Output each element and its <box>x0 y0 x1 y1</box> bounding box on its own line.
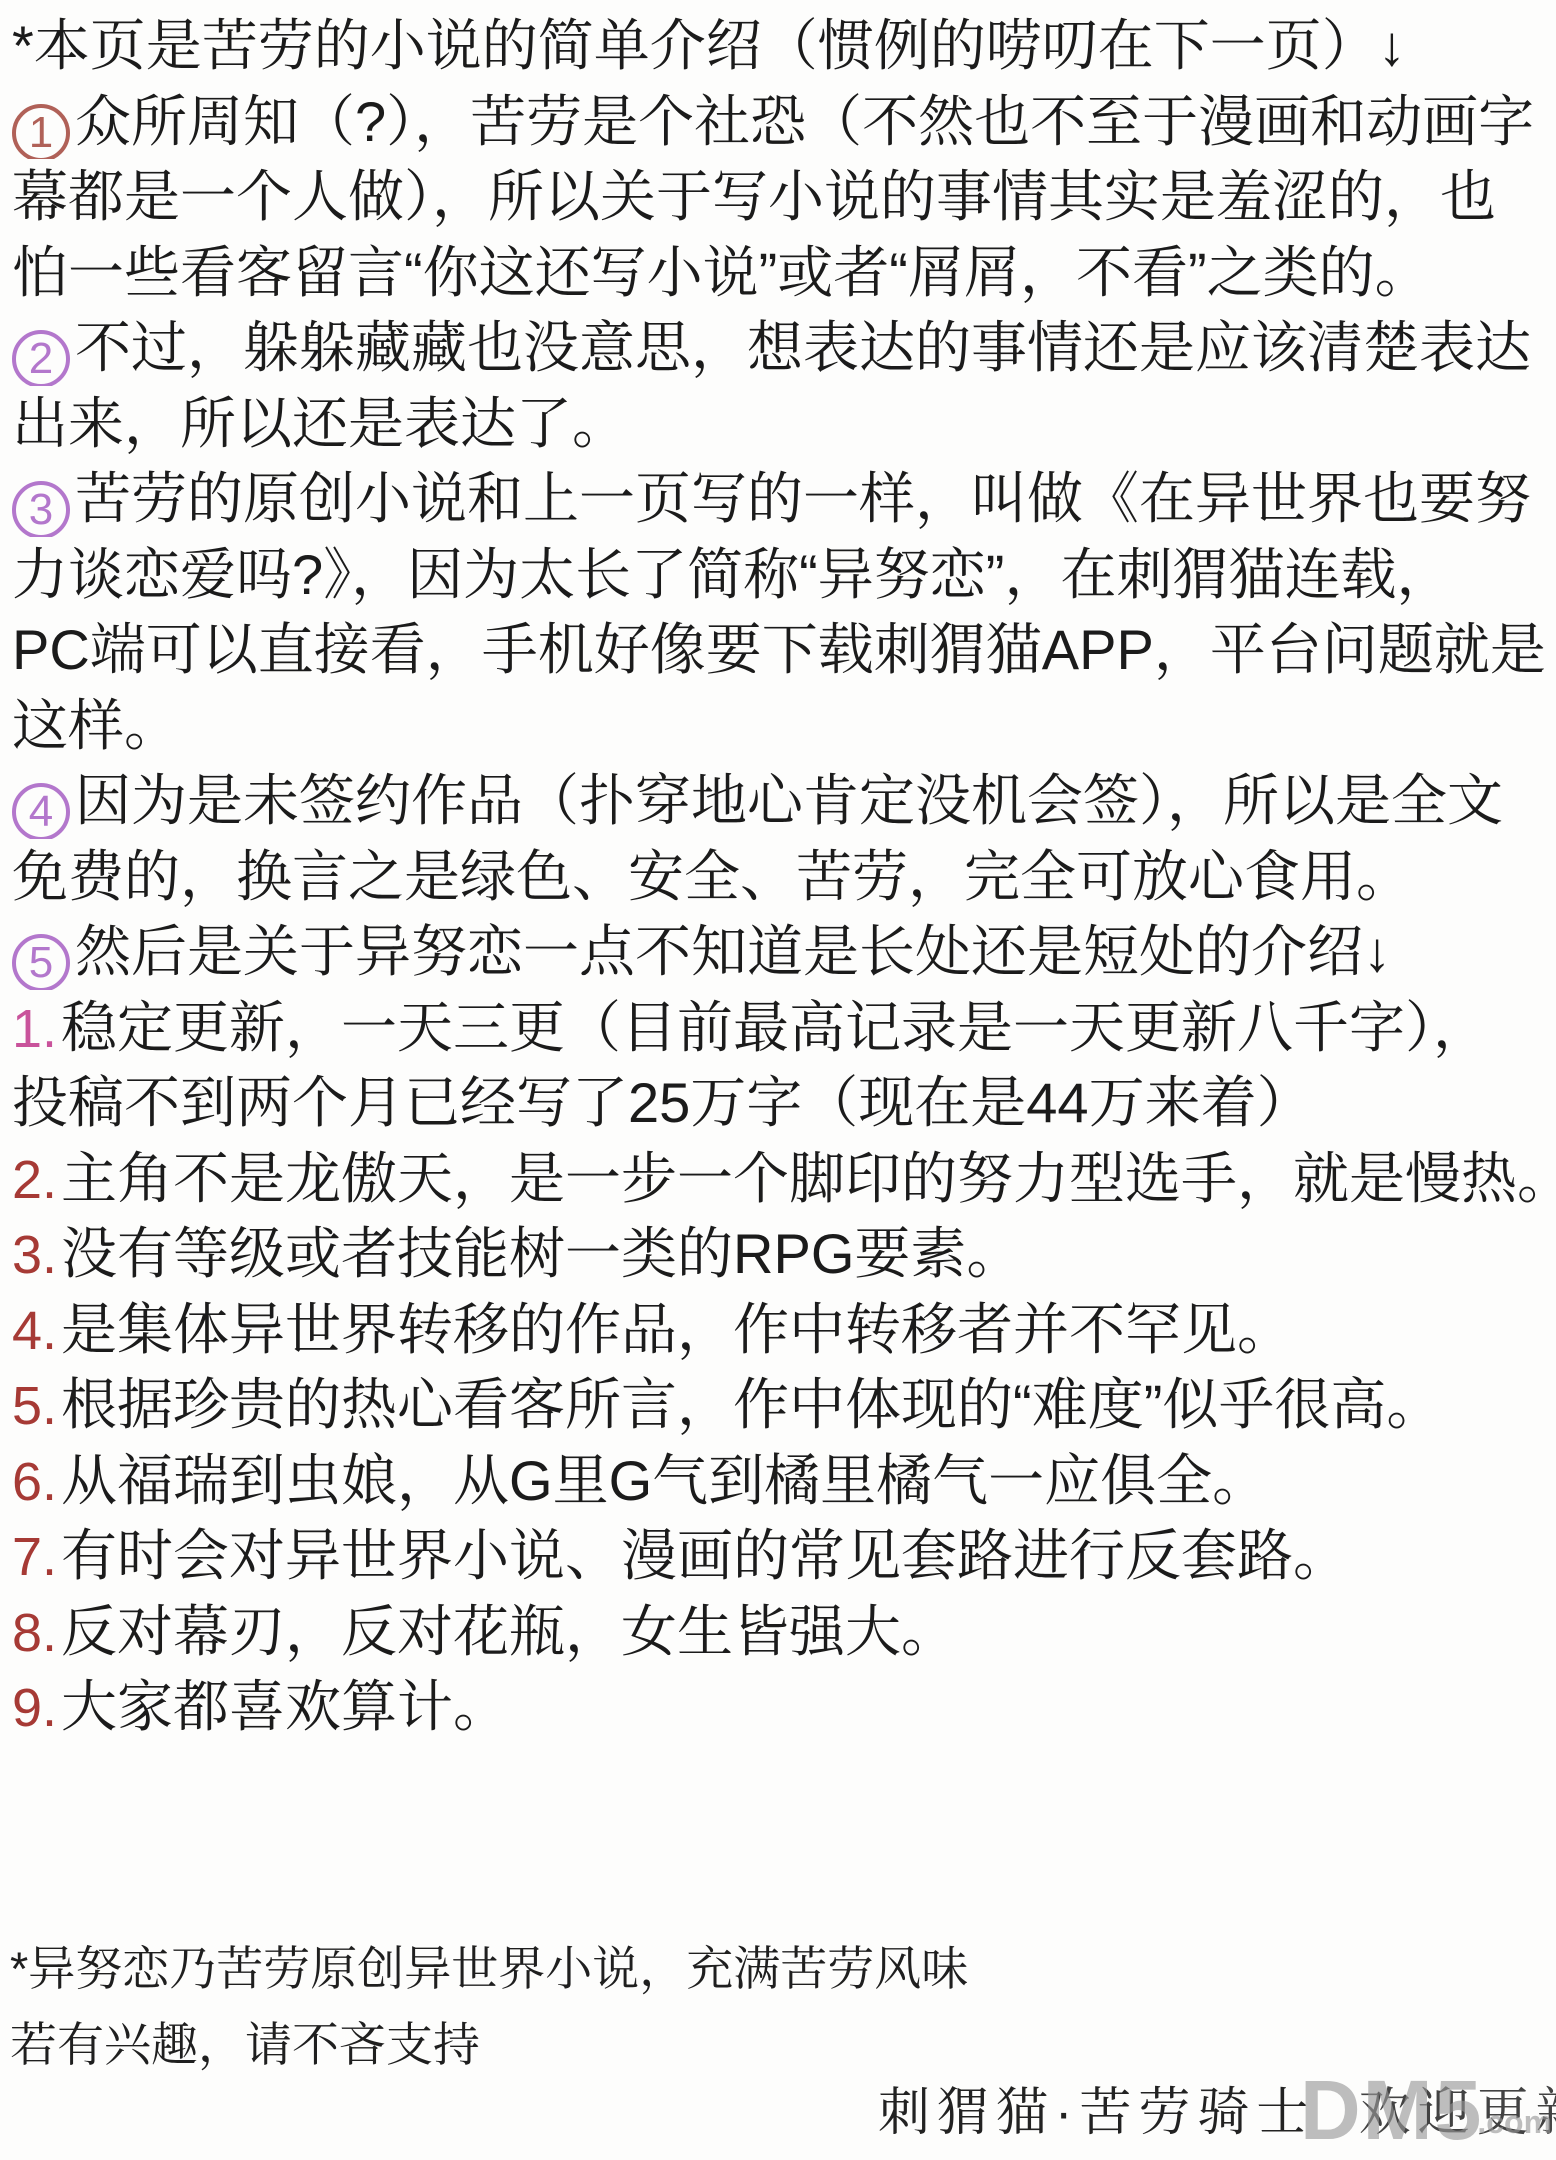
line-text: 众所周知（?），苦劳是个社恐（不然也不至于漫画和动画字 <box>75 90 1534 153</box>
dm5-watermark: DM5.com <box>1300 2062 1552 2159</box>
text-line: 3苦劳的原创小说和上一页写的一样，叫做《在异世界也要努 <box>12 461 1556 537</box>
line-text: 投稿不到两个月已经写了25万字（现在是44万来着） <box>12 1071 1313 1134</box>
line-text: 免费的，换言之是绿色、安全、苦劳，完全可放心食用。 <box>12 845 1412 908</box>
list-number-marker: 6. <box>12 1445 57 1519</box>
text-line: 1.稳定更新，一天三更（目前最高记录是一天更新八千字）， <box>12 990 1556 1066</box>
text-line: 4.是集体异世界转移的作品，作中转移者并不罕见。 <box>12 1292 1556 1368</box>
line-text: 有时会对异世界小说、漫画的常见套路进行反套路。 <box>61 1524 1349 1587</box>
line-text: 没有等级或者技能树一类的RPG要素。 <box>61 1222 1022 1285</box>
line-text: PC端可以直接看，手机好像要下载刺猬猫APP，平台问题就是 <box>12 618 1546 681</box>
text-line: *本页是苦劳的小说的简单介绍（惯例的唠叨在下一页）↓ <box>12 8 1556 84</box>
text-line: 力谈恋爱吗?》，因为太长了简称“异努恋”，在刺猬猫连载， <box>12 537 1556 613</box>
line-text: 幕都是一个人做），所以关于写小说的事情其实是羞涩的，也 <box>12 165 1496 228</box>
line-text: *本页是苦劳的小说的简单介绍（惯例的唠叨在下一页）↓ <box>12 14 1406 77</box>
footer-note-1: *异努恋乃苦劳原创异世界小说，充满苦劳风味 <box>10 1932 968 1999</box>
watermark-domain-suffix: .com <box>1477 2104 1552 2140</box>
text-line: 8.反对幕刃，反对花瓶，女生皆强大。 <box>12 1594 1556 1670</box>
text-line: 怕一些看客留言“你这还写小说”或者“屑屑，不看”之类的。 <box>12 235 1556 311</box>
text-line: 投稿不到两个月已经写了25万字（现在是44万来着） <box>12 1065 1556 1141</box>
line-text: 主角不是龙傲天，是一步一个脚印的努力型选手，就是慢热。 <box>61 1147 1556 1210</box>
list-number-marker: 5. <box>12 1369 57 1443</box>
footer-note-2: 若有兴趣，请不吝支持 <box>10 2008 480 2075</box>
intro-text-block: *本页是苦劳的小说的简单介绍（惯例的唠叨在下一页）↓1众所周知（?），苦劳是个社… <box>12 8 1556 1745</box>
list-number-marker: 2. <box>12 1143 57 1217</box>
list-number-marker: 4. <box>12 1294 57 1368</box>
text-line: 这样。 <box>12 688 1556 764</box>
text-line: 2不过，躲躲藏藏也没意思，想表达的事情还是应该清楚表达 <box>12 310 1556 386</box>
list-number-marker: 8. <box>12 1596 57 1670</box>
line-text: 反对幕刃，反对花瓶，女生皆强大。 <box>61 1600 957 1663</box>
line-text: 稳定更新，一天三更（目前最高记录是一天更新八千字）， <box>61 996 1489 1059</box>
line-text: 怕一些看客留言“你这还写小说”或者“屑屑，不看”之类的。 <box>12 241 1431 304</box>
watermark-logo-text: DM5 <box>1300 2063 1483 2157</box>
line-text: 力谈恋爱吗?》，因为太长了简称“异努恋”，在刺猬猫连载， <box>12 543 1452 606</box>
text-line: 9.大家都喜欢算计。 <box>12 1669 1556 1745</box>
line-text: 这样。 <box>12 694 180 757</box>
list-number-marker: 1. <box>12 992 57 1066</box>
novel-intro-page: *本页是苦劳的小说的简单介绍（惯例的唠叨在下一页）↓1众所周知（?），苦劳是个社… <box>0 0 1556 2160</box>
text-line: 5然后是关于异努恋一点不知道是长处还是短处的介绍↓ <box>12 914 1556 990</box>
circled-number-marker: 5 <box>12 934 70 990</box>
text-line: 免费的，换言之是绿色、安全、苦劳，完全可放心食用。 <box>12 839 1556 915</box>
text-line: 1众所周知（?），苦劳是个社恐（不然也不至于漫画和动画字 <box>12 84 1556 160</box>
text-line: 幕都是一个人做），所以关于写小说的事情其实是羞涩的，也 <box>12 159 1556 235</box>
line-text: 不过，躲躲藏藏也没意思，想表达的事情还是应该清楚表达 <box>75 316 1531 379</box>
line-text: 苦劳的原创小说和上一页写的一样，叫做《在异世界也要努 <box>75 467 1531 530</box>
text-line: 5.根据珍贵的热心看客所言，作中体现的“难度”似乎很高。 <box>12 1367 1556 1443</box>
list-number-marker: 9. <box>12 1671 57 1745</box>
circled-number-marker: 1 <box>12 104 70 160</box>
line-text: 大家都喜欢算计。 <box>61 1675 509 1738</box>
list-number-marker: 3. <box>12 1218 57 1292</box>
text-line: 7.有时会对异世界小说、漫画的常见套路进行反套路。 <box>12 1518 1556 1594</box>
circled-number-marker: 2 <box>12 330 70 386</box>
text-line: 4因为是未签约作品（扑穿地心肯定没机会签），所以是全文 <box>12 763 1556 839</box>
text-line: 出来，所以还是表达了。 <box>12 386 1556 462</box>
line-text: 出来，所以还是表达了。 <box>12 392 628 455</box>
circled-number-marker: 4 <box>12 783 70 839</box>
line-text: 从福瑞到虫娘，从G里G气到橘里橘气一应俱全。 <box>61 1449 1268 1512</box>
circled-number-marker: 3 <box>12 481 70 537</box>
line-text: 根据珍贵的热心看客所言，作中体现的“难度”似乎很高。 <box>61 1373 1442 1436</box>
text-line: 6.从福瑞到虫娘，从G里G气到橘里橘气一应俱全。 <box>12 1443 1556 1519</box>
text-line: PC端可以直接看，手机好像要下载刺猬猫APP，平台问题就是 <box>12 612 1556 688</box>
text-line: 3.没有等级或者技能树一类的RPG要素。 <box>12 1216 1556 1292</box>
text-line: 2.主角不是龙傲天，是一步一个脚印的努力型选手，就是慢热。 <box>12 1141 1556 1217</box>
line-text: 因为是未签约作品（扑穿地心肯定没机会签），所以是全文 <box>75 769 1503 832</box>
line-text: 然后是关于异努恋一点不知道是长处还是短处的介绍↓ <box>75 920 1391 983</box>
line-text: 是集体异世界转移的作品，作中转移者并不罕见。 <box>61 1298 1293 1361</box>
signature-platform-author: 刺猬猫·苦劳骑士 <box>878 2084 1315 2142</box>
list-number-marker: 7. <box>12 1520 57 1594</box>
